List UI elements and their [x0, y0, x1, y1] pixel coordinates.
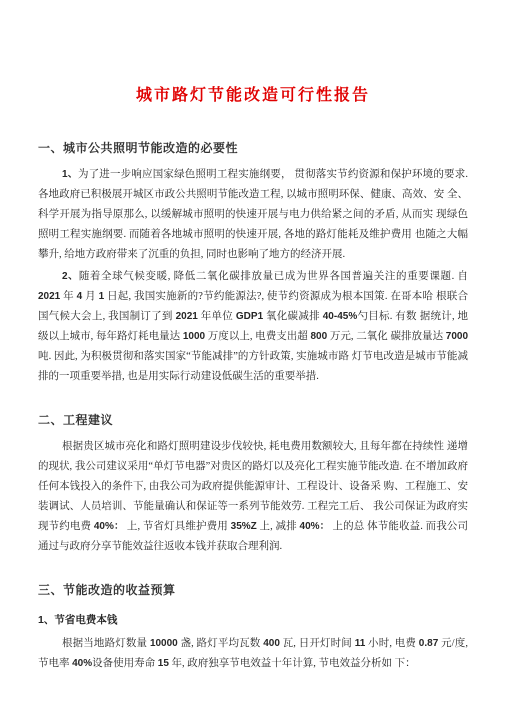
text-run: 设备使用寿命: [92, 658, 158, 669]
section-heading-2: 二、工程建议: [38, 411, 468, 428]
report-title: 城市路灯节能改造可行性报告: [38, 82, 468, 105]
document-page: 城市路灯节能改造可行性报告 一、城市公共照明节能改造的必要性1、为了进一步响应国…: [0, 0, 505, 714]
bold-text-run: 7000: [446, 331, 468, 342]
paragraph-4: 根据当地路灯数量 10000 盏, 路灯平均瓦数 400 瓦, 日开灯时间 11…: [38, 634, 468, 674]
bold-text-run: 15: [158, 658, 169, 669]
bold-text-run: 2021: [38, 291, 60, 302]
bold-text-run: 40%：: [300, 521, 330, 532]
text-run: 上, 节省灯具维护费用: [124, 521, 231, 532]
section-heading-1: 一、城市公共照明节能改造的必要性: [38, 139, 468, 156]
text-run: 月: [82, 291, 98, 302]
text-run: 年: [60, 291, 76, 302]
text-run: 盏, 路灯平均瓦数: [178, 638, 263, 649]
text-run: 二、工程建议: [38, 413, 113, 427]
bold-text-run: 40%：: [94, 521, 124, 532]
bold-text-run: 2021: [176, 311, 198, 322]
text-run: 一、城市公共照明节能改造的必要性: [38, 141, 238, 155]
text-run: 随着全球气候变暖, 降低二氧化碳排放量已成为世界各国普遍关注的重要课题. 自: [79, 271, 468, 282]
text-run: 年, 政府独享节电效益十年计算, 节电效益分析如 下：: [169, 658, 416, 669]
bold-text-run: 0.87: [419, 638, 438, 649]
text-run: 吨. 因此, 为积极贯彻和落实国家“节能减排”的方针政策, 实施城市路 灯节电改…: [38, 351, 468, 382]
bold-text-run: GDP1: [236, 311, 263, 322]
bold-text-run: 1000: [183, 331, 205, 342]
text-run: 小时, 电费: [365, 638, 419, 649]
text-run: 氧化碳减排: [263, 311, 323, 322]
bold-text-run: 10000: [150, 638, 178, 649]
text-run: 万元, 二氧化 碳排放量达: [327, 331, 446, 342]
bold-text-run: 40%: [72, 658, 92, 669]
paragraph-1: 1、为了进一步响应国家绿色照明工程实施纲要， 贯彻落实节约资源和保护环境的要求.…: [38, 165, 468, 265]
bold-text-run: 2、: [62, 271, 79, 282]
sub-heading-1: 1、节省电费本钱: [38, 612, 468, 627]
bold-text-run: 40-45%: [323, 311, 357, 322]
bold-text-run: 11: [355, 638, 366, 649]
text-run: 根据贵区城市亮化和路灯照明建设步伐较快, 耗电费用数额较大, 且每年都在持续性 …: [38, 441, 468, 532]
bold-text-run: 400: [263, 638, 280, 649]
paragraph-3: 根据贵区城市亮化和路灯照明建设步伐较快, 耗电费用数额较大, 且每年都在持续性 …: [38, 437, 468, 557]
text-run: 上, 减排: [257, 521, 300, 532]
text-run: 为了进一步响应国家绿色照明工程实施纲要， 贯彻落实节约资源和保护环境的要求. 各…: [38, 169, 468, 260]
text-run: 根据当地路灯数量: [62, 638, 150, 649]
document-body: 一、城市公共照明节能改造的必要性1、为了进一步响应国家绿色照明工程实施纲要， 贯…: [38, 139, 468, 674]
text-run: 年单位: [198, 311, 236, 322]
text-run: 1、节省电费本钱: [38, 614, 117, 626]
text-run: 三、节能改造的收益预算: [38, 583, 176, 597]
text-run: 瓦, 日开灯时间: [280, 638, 355, 649]
bold-text-run: 1、: [62, 169, 78, 180]
bold-text-run: 800: [311, 331, 328, 342]
text-run: 万度以上, 电费支出超: [205, 331, 310, 342]
paragraph-2: 2、随着全球气候变暖, 降低二氧化碳排放量已成为世界各国普遍关注的重要课题. 自…: [38, 267, 468, 387]
section-heading-3: 三、节能改造的收益预算: [38, 581, 468, 598]
bold-text-run: 35%Z: [231, 521, 257, 532]
